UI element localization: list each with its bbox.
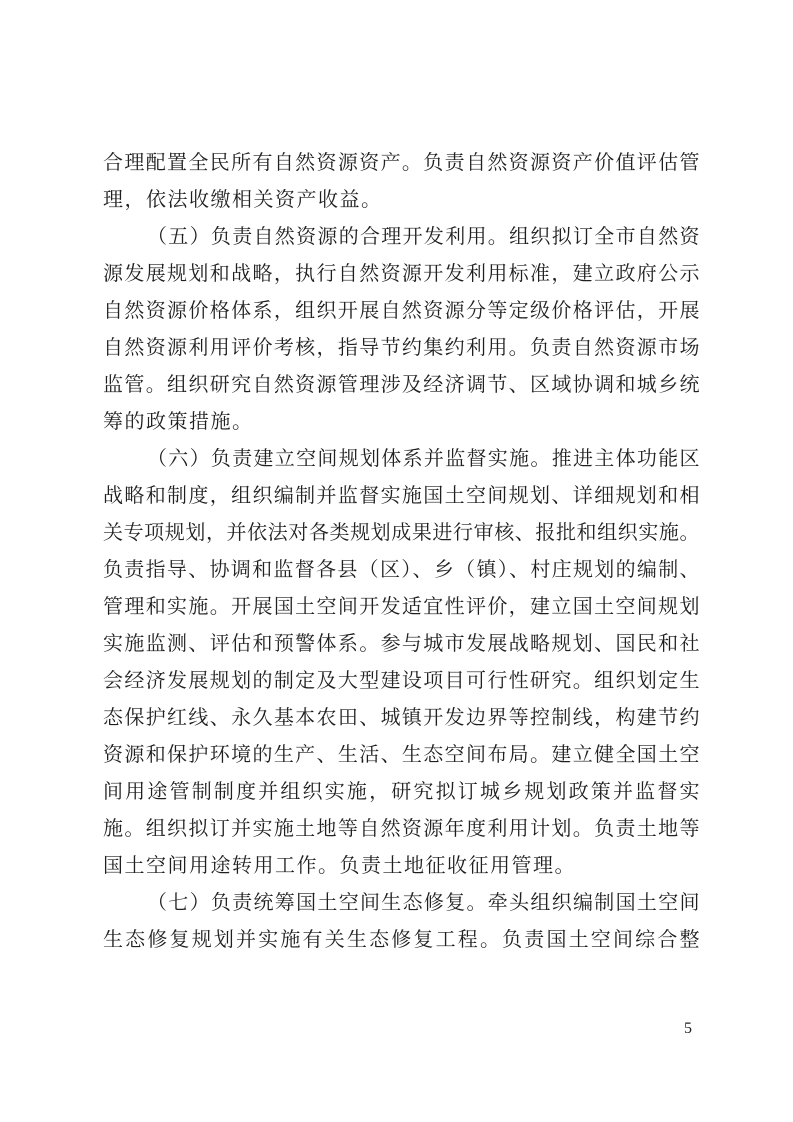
text-line: 间用途管制制度并组织实施，研究拟订城乡规划政策并监督实 bbox=[103, 774, 700, 811]
text-line: （七）负责统筹国土空间生态修复。牵头组织编制国土空间 bbox=[103, 885, 700, 922]
text-line: （六）负责建立空间规划体系并监督实施。推进主体功能区 bbox=[103, 441, 700, 478]
text-line: 筹的政策措施。 bbox=[103, 404, 700, 441]
text-line: 管理和实施。开展国土空间开发适宜性评价，建立国土空间规划 bbox=[103, 589, 700, 626]
text-line: 负责指导、协调和监督各县（区）、乡（镇）、村庄规划的编制、 bbox=[103, 552, 700, 589]
text-line: 国土空间用途转用工作。负责土地征收征用管理。 bbox=[103, 848, 700, 885]
text-line: 会经济发展规划的制定及大型建设项目可行性研究。组织划定生 bbox=[103, 663, 700, 700]
text-line: （五）负责自然资源的合理开发利用。组织拟订全市自然资 bbox=[103, 219, 700, 256]
text-line: 生态修复规划并实施有关生态修复工程。负责国土空间综合整 bbox=[103, 922, 700, 959]
text-line: 自然资源价格体系，组织开展自然资源分等定级价格评估，开展 bbox=[103, 293, 700, 330]
text-line: 合理配置全民所有自然资源资产。负责自然资源资产价值评估管 bbox=[103, 145, 700, 182]
page-number: 5 bbox=[676, 1018, 700, 1040]
text-line: 关专项规划，并依法对各类规划成果进行审核、报批和组织实施。 bbox=[103, 515, 700, 552]
text-line: 资源和保护环境的生产、生活、生态空间布局。建立健全国土空 bbox=[103, 737, 700, 774]
document-page: 合理配置全民所有自然资源资产。负责自然资源资产价值评估管 理，依法收缴相关资产收… bbox=[0, 0, 793, 1122]
text-line: 实施监测、评估和预警体系。参与城市发展战略规划、国民和社 bbox=[103, 626, 700, 663]
text-line: 监管。组织研究自然资源管理涉及经济调节、区域协调和城乡统 bbox=[103, 367, 700, 404]
body-text: 合理配置全民所有自然资源资产。负责自然资源资产价值评估管 理，依法收缴相关资产收… bbox=[103, 145, 700, 959]
text-line: 施。组织拟订并实施土地等自然资源年度利用计划。负责土地等 bbox=[103, 811, 700, 848]
text-line: 源发展规划和战略，执行自然资源开发利用标准，建立政府公示 bbox=[103, 256, 700, 293]
text-line: 理，依法收缴相关资产收益。 bbox=[103, 182, 700, 219]
text-line: 态保护红线、永久基本农田、城镇开发边界等控制线，构建节约 bbox=[103, 700, 700, 737]
text-line: 自然资源利用评价考核，指导节约集约利用。负责自然资源市场 bbox=[103, 330, 700, 367]
text-line: 战略和制度，组织编制并监督实施国土空间规划、详细规划和相 bbox=[103, 478, 700, 515]
